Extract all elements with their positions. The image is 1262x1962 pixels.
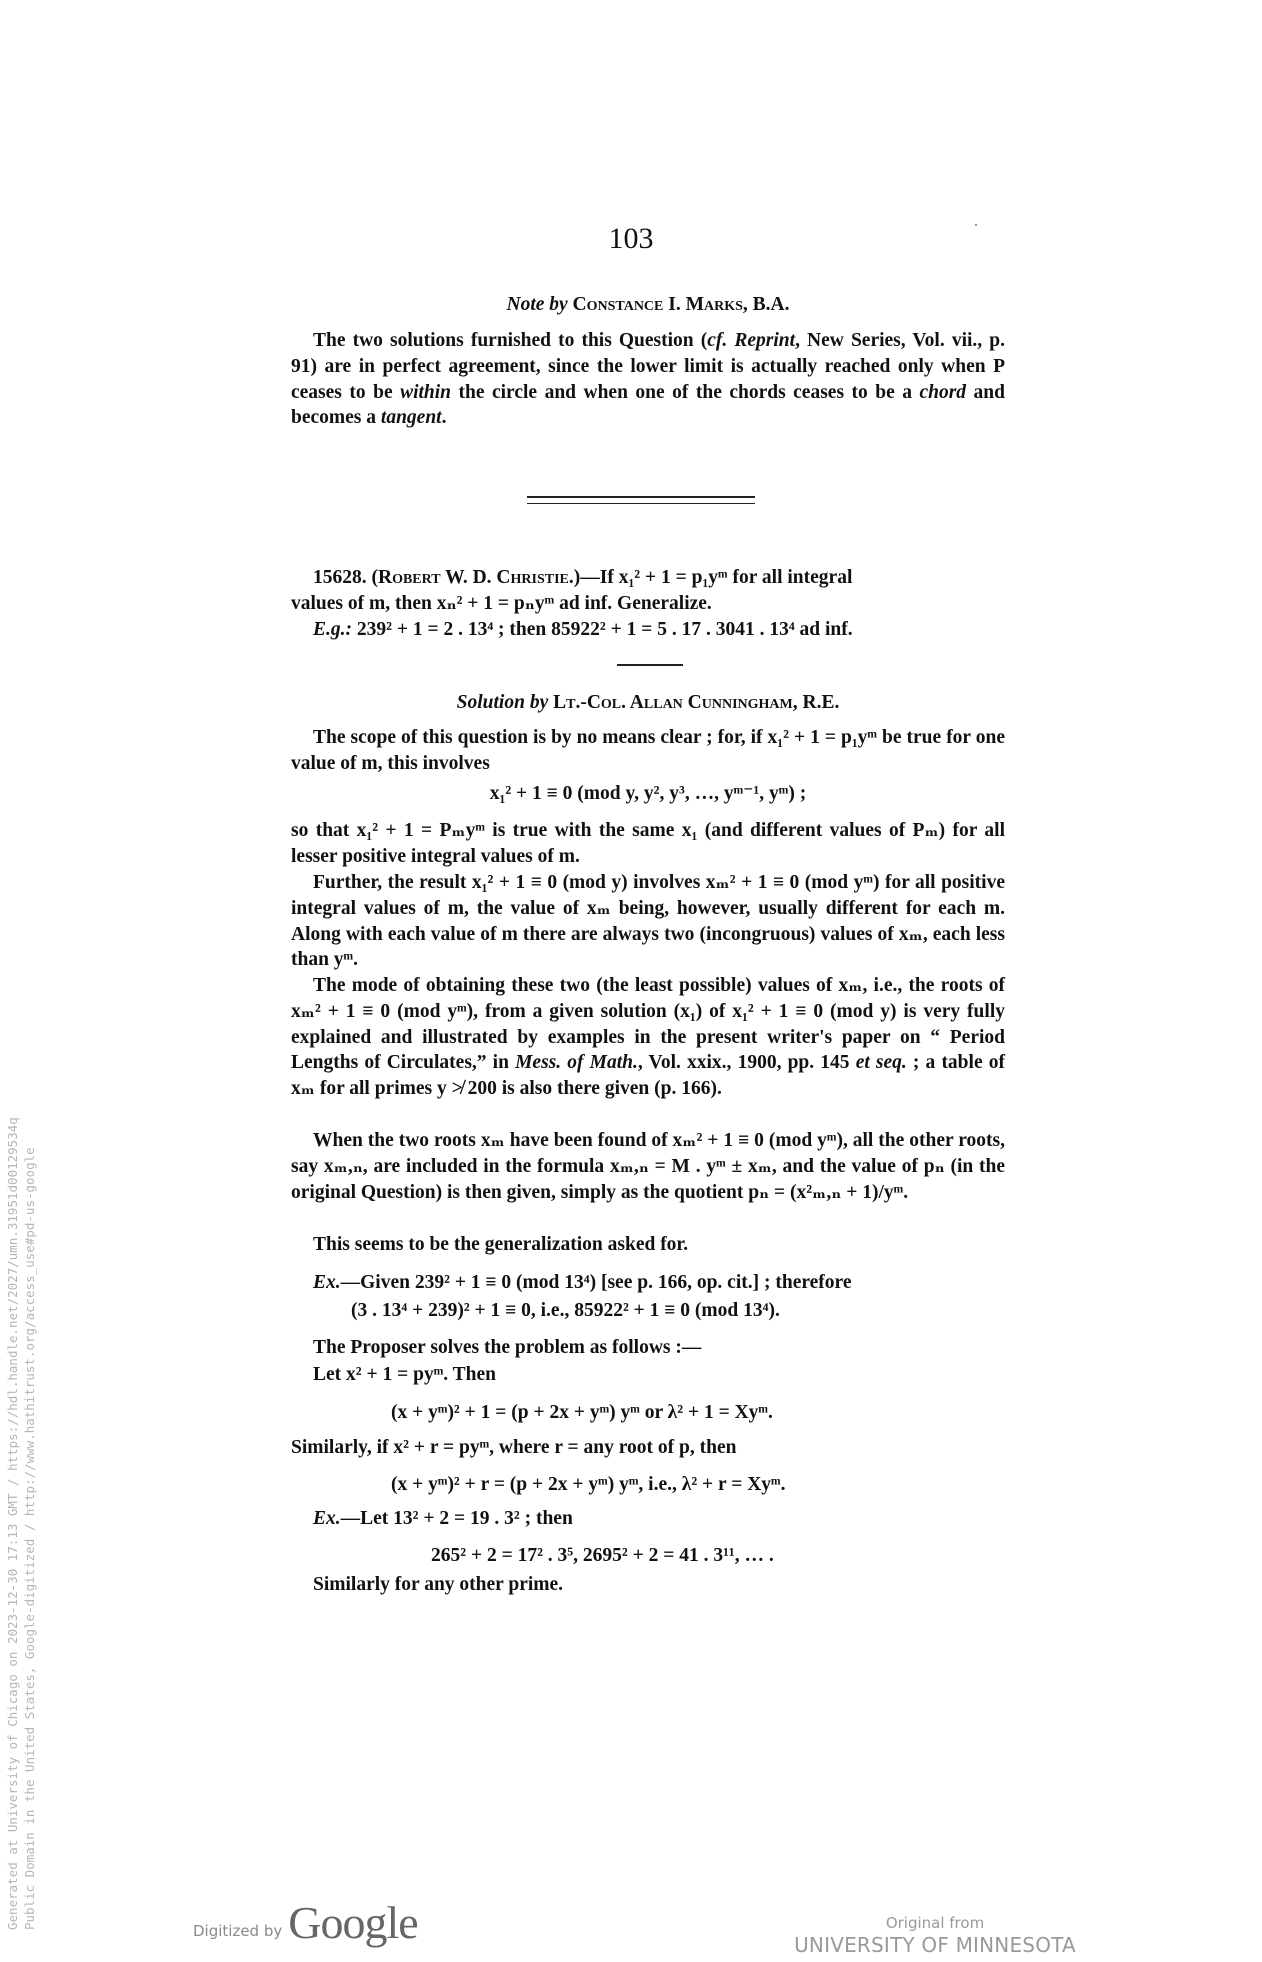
note-paragraph: The two solutions furnished to this Ques… xyxy=(291,328,1005,431)
et-seq: et seq. xyxy=(856,1052,907,1073)
watermark-line-1: Generated at University of Chicago on 20… xyxy=(4,1117,21,1930)
p4-text: , Vol. xxix., 1900, pp. 145 xyxy=(638,1052,856,1073)
example-2-equation: 265² + 2 = 17² . 3⁵, 2695² + 2 = 41 . 3¹… xyxy=(291,1543,1005,1569)
google-logo: Google xyxy=(288,1896,417,1949)
note-heading: Note by Constance I. Marks, B.A. xyxy=(291,292,1005,318)
note-emphasis: within xyxy=(400,382,451,403)
let-line: Let x² + 1 = pyᵐ. Then xyxy=(291,1362,1005,1388)
question-number: 15628. xyxy=(313,567,367,588)
note-emphasis: tangent xyxy=(381,407,442,428)
proposer-line: The Proposer solves the problem as follo… xyxy=(291,1335,1005,1361)
question-line2: values of m, then xₙ² + 1 = pₙyᵐ ad inf.… xyxy=(291,591,1005,617)
section-divider-double-rule xyxy=(527,496,755,504)
note-emphasis: chord xyxy=(919,382,966,403)
note-heading-prefix: Note by xyxy=(506,294,567,315)
similarly-line: Similarly, if x² + r = pyᵐ, where r = an… xyxy=(291,1435,1005,1461)
digitized-by-label: Digitized by xyxy=(193,1922,282,1940)
access-watermark: Generated at University of Chicago on 20… xyxy=(4,1117,38,1930)
ex1-label: Ex. xyxy=(313,1272,341,1293)
example-1: Ex.—Given 239² + 1 ≡ 0 (mod 13⁴) [see p.… xyxy=(291,1270,1005,1296)
question-block: 15628. (Robert W. D. Christie.)—If x₁² +… xyxy=(291,565,1005,591)
question-example: E.g.: 239² + 1 = 2 . 13⁴ ; then 85922² +… xyxy=(291,617,1005,643)
original-from-block: Original from UNIVERSITY OF MINNESOTA xyxy=(790,1914,1080,1958)
solution-paragraph-6: This seems to be the generalization aske… xyxy=(291,1232,1005,1258)
solution-paragraph-4: The mode of obtaining these two (the lea… xyxy=(291,973,1005,1102)
ex1-text: —Given 239² + 1 ≡ 0 (mod 13⁴) [see p. 16… xyxy=(341,1272,852,1293)
page-number: 103 xyxy=(0,222,1262,256)
question-line1: —If x₁² + 1 = p₁yᵐ for all integral xyxy=(580,567,852,588)
solution-heading: Solution by Lt.-Col. Allan Cunningham, R… xyxy=(291,690,1005,716)
eg-label: E.g.: xyxy=(313,619,352,640)
note-text: the circle and when one of the chords ce… xyxy=(451,382,919,403)
solution-paragraph-2: so that x₁² + 1 = Pₘyᵐ is true with the … xyxy=(291,818,1005,870)
scan-speck xyxy=(975,224,977,226)
solution-paragraph-3: Further, the result x₁² + 1 ≡ 0 (mod y) … xyxy=(291,870,1005,973)
example-1-equation: (3 . 13⁴ + 239)² + 1 ≡ 0, i.e., 85922² +… xyxy=(291,1298,1005,1324)
question-proposer: (Robert W. D. Christie.) xyxy=(372,567,581,588)
note-text: The two solutions furnished to this Ques… xyxy=(313,330,707,351)
section-divider-short-rule xyxy=(617,664,683,666)
solution-paragraph-1: The scope of this question is by no mean… xyxy=(291,725,1005,777)
original-from-label: Original from xyxy=(790,1914,1080,1932)
journal-title: Mess. of Math. xyxy=(515,1052,638,1073)
university-name: UNIVERSITY OF MINNESOTA xyxy=(790,1932,1080,1958)
ex2-text: —Let 13² + 2 = 19 . 3² ; then xyxy=(341,1508,573,1529)
equation-1: x₁² + 1 ≡ 0 (mod y, y², y³, …, yᵐ⁻¹, yᵐ)… xyxy=(291,781,1005,807)
closing-line: Similarly for any other prime. xyxy=(291,1572,1005,1598)
watermark-line-2: Public Domain in the United States, Goog… xyxy=(21,1117,38,1930)
note-text: . xyxy=(442,407,447,428)
solution-paragraph-5: When the two roots xₘ have been found of… xyxy=(291,1128,1005,1205)
note-citation: cf. Reprint xyxy=(707,330,795,351)
equation-3: (x + yᵐ)² + r = (p + 2x + yᵐ) yᵐ, i.e., … xyxy=(291,1472,1005,1498)
equation-2: (x + yᵐ)² + 1 = (p + 2x + yᵐ) yᵐ or λ² +… xyxy=(291,1400,1005,1426)
eg-text: 239² + 1 = 2 . 13⁴ ; then 85922² + 1 = 5… xyxy=(352,619,853,640)
solution-heading-author: Lt.-Col. Allan Cunningham, R.E. xyxy=(553,692,839,713)
ex2-label: Ex. xyxy=(313,1508,341,1529)
digitized-by-google-logo: Digitized by Google xyxy=(193,1896,418,1949)
note-heading-author: Constance I. Marks, B.A. xyxy=(573,294,790,315)
example-2: Ex.—Let 13² + 2 = 19 . 3² ; then xyxy=(291,1506,1005,1532)
solution-heading-prefix: Solution by xyxy=(457,692,549,713)
